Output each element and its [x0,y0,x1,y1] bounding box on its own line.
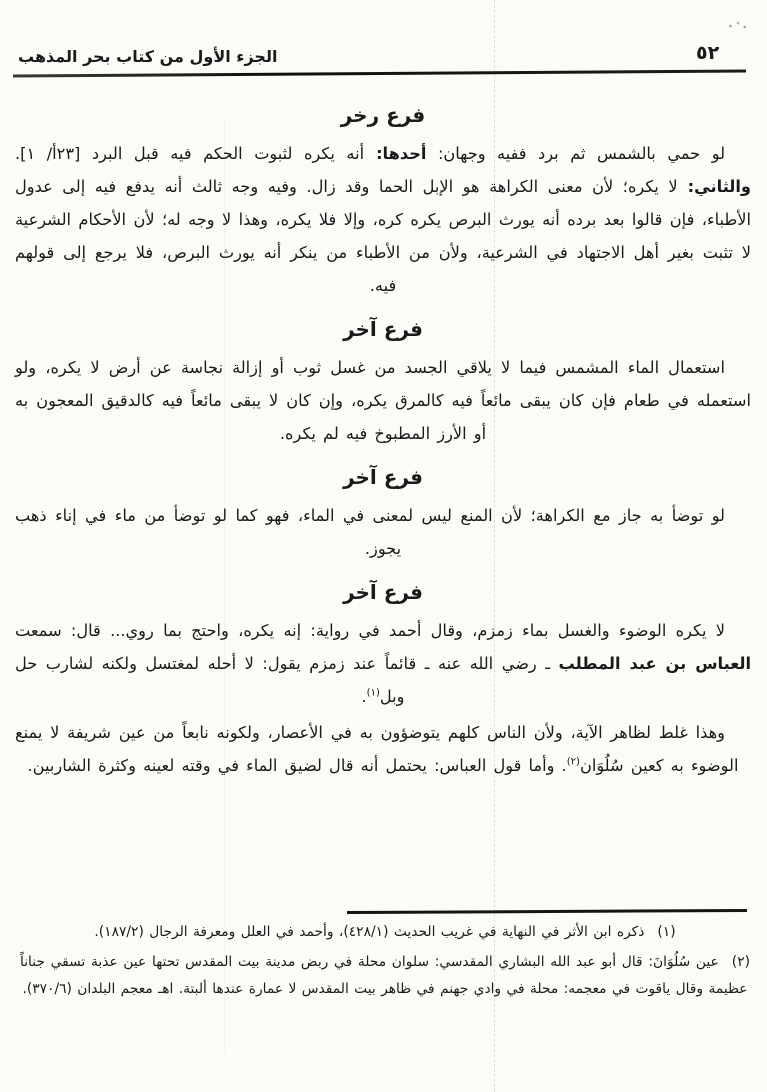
footnote-text: ذكره ابن الأثر في النهاية في غريب الحديث… [94,924,644,940]
footnote-ref: (٢) [567,757,580,768]
footnote-marker: (٢) [732,954,750,970]
text-run: استعمال الماء المشمس فيما لا يلاقي الجسد… [15,358,751,443]
text-run: لو حمي بالشمس ثم برد ففيه وجهان: [426,144,725,163]
text-run: والثاني: [678,177,751,196]
text-run: لا يكره الوضوء والغسل بماء زمزم، وقال أح… [15,621,725,640]
text-run: . وأما قول العباس: يحتمل أنه قال لضيق ال… [28,756,567,775]
header-title: الجزء الأول من كتاب بحر المذهب [18,47,277,66]
text-run: أحدها: [364,144,426,163]
text-run: لا يكره؛ لأن معنى الكراهة هو الإبل الحما… [15,177,751,295]
scanned-book-page: ٥٢ الجزء الأول من كتاب بحر المذهب فرع رخ… [0,0,767,1092]
header-rule [13,69,746,77]
text-run: لو توضأ به جاز مع الكراهة؛ لأن المنع ليس… [15,506,725,558]
scan-smudge-artifact [726,20,748,30]
paragraph: وهذا غلط لظاهر الآية، ولأن الناس كلهم يت… [15,716,751,782]
footnote-marker: (١) [657,924,675,940]
footnote-text: عين سُلُوَانَ: قال أبو عبد الله البشاري … [20,954,748,998]
section-heading: فرع آخر [15,465,751,489]
text-run: أنه يكره لثبوت الحكم فيه قبل البرد [٢٣أ/… [15,144,364,163]
footnote: (٢)عين سُلُوَانَ: قال أبو عبد الله البشا… [20,949,750,1004]
paragraph: لو توضأ به جاز مع الكراهة؛ لأن المنع ليس… [15,499,751,565]
section-heading: فرع آخر [15,580,751,604]
main-text: فرع رخرلو حمي بالشمس ثم برد ففيه وجهان: … [15,88,751,785]
footnotes: (١)ذكره ابن الأثر في النهاية في غريب الح… [20,919,750,1006]
paragraph: لو حمي بالشمس ثم برد ففيه وجهان: أحدها: … [15,137,751,302]
paragraph: استعمال الماء المشمس فيما لا يلاقي الجسد… [15,351,751,450]
text-run: العباس بن عبد المطلب [559,654,751,673]
text-run: ـ رضي الله عنه ـ قائماً عند زمزم يقول: ل… [15,654,559,706]
fold-line-artifact [494,0,495,1092]
page-number: ٥٢ [696,42,719,64]
footnote: (١)ذكره ابن الأثر في النهاية في غريب الح… [20,919,750,947]
fold-line-artifact-2 [224,120,225,1052]
footnote-ref: (١) [367,688,380,699]
section-heading: فرع آخر [15,317,751,341]
section-heading: فرع رخر [15,103,751,127]
paragraph: لا يكره الوضوء والغسل بماء زمزم، وقال أح… [15,614,751,713]
footnote-separator-rule [347,909,747,914]
